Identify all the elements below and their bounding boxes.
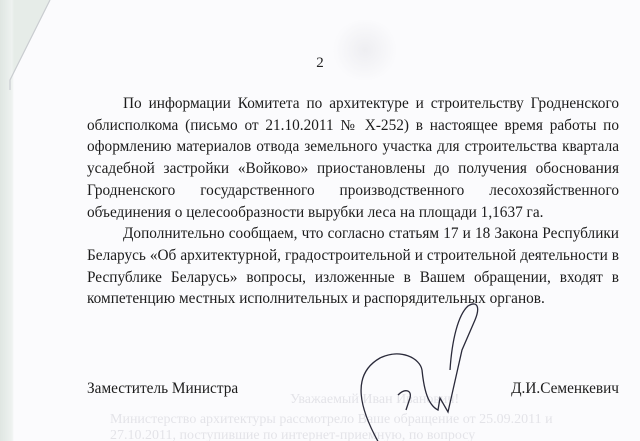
paragraph-committee-info: По информации Комитета по архитектуре и … [87,93,619,223]
signatory-title: Заместитель Министра [87,380,238,398]
letter-body: По информации Комитета по архитектуре и … [87,93,619,310]
paragraph-law-reference: Дополнительно сообщаем, что согласно ста… [87,223,619,310]
page-number: 2 [0,55,640,72]
signatory-name: Д.И.Семенкевич [511,380,619,398]
